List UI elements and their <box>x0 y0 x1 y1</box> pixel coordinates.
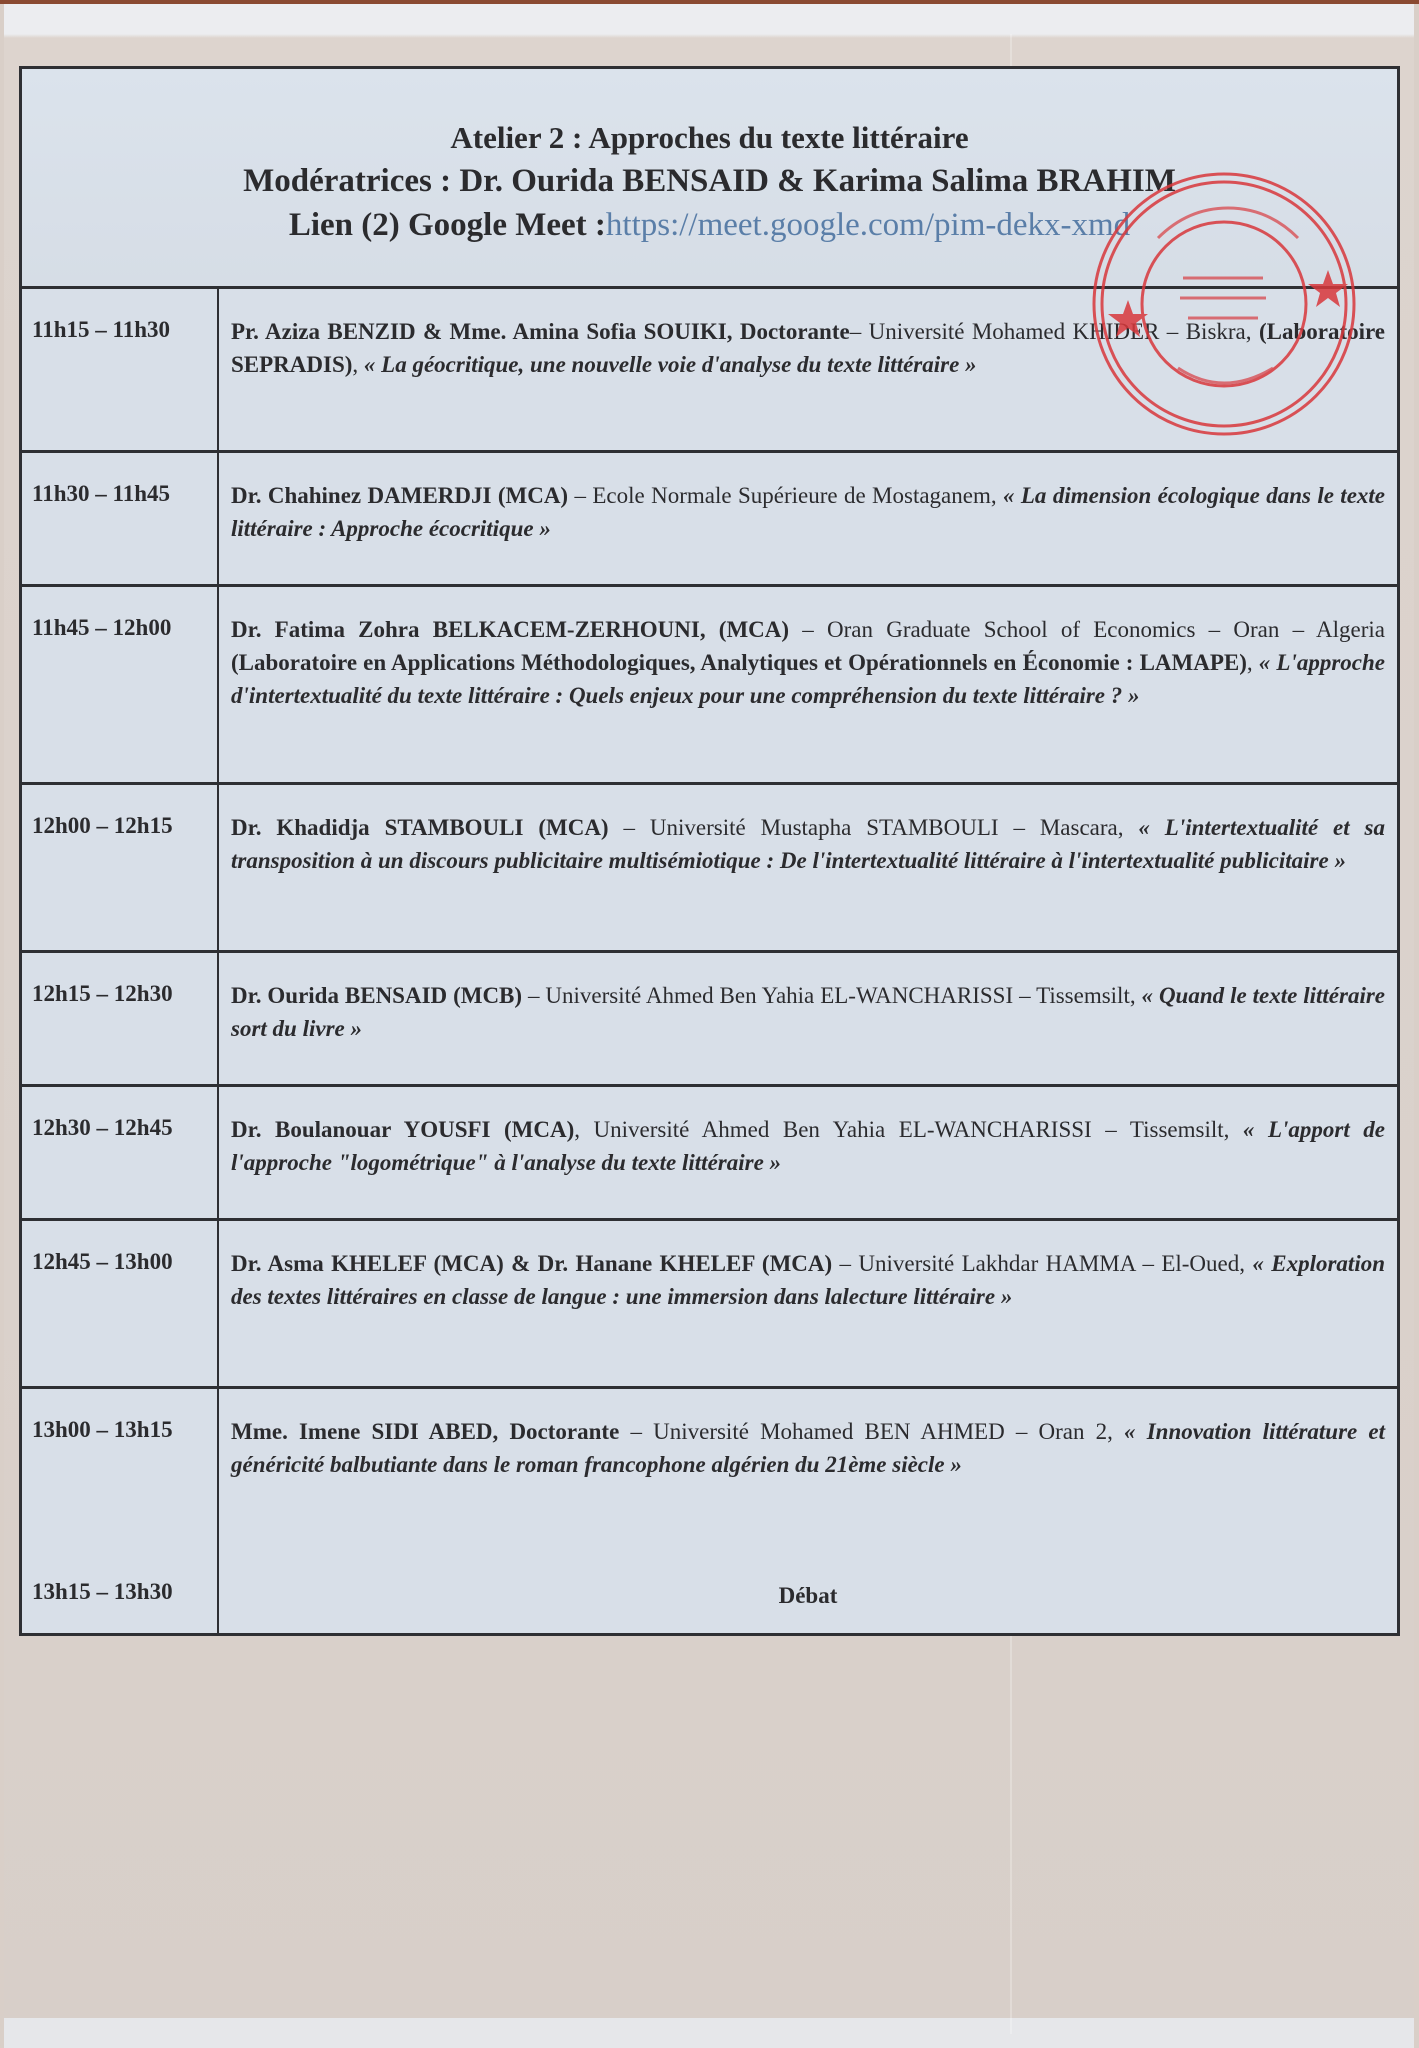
session-details: Mme. Imene SIDI ABED, Doctorante – Unive… <box>219 1389 1397 1557</box>
debate-row: 13h15 – 13h30 Débat <box>22 1557 1397 1633</box>
session-row: 11h45 – 12h00Dr. Fatima Zohra BELKACEM-Z… <box>22 587 1397 785</box>
session-speakers: Pr. Aziza BENZID & Mme. Amina Sofia SOUI… <box>231 319 850 344</box>
session-row: 12h30 – 12h45Dr. Boulanouar YOUSFI (MCA)… <box>22 1087 1397 1221</box>
session-speakers: Mme. Imene SIDI ABED, Doctorante <box>231 1419 619 1444</box>
session-speakers: Dr. Chahinez DAMERDJI (MCA) <box>231 483 568 508</box>
session-talk-title: « La géocritique, une nouvelle voie d'an… <box>364 352 977 377</box>
session-speakers: Dr. Ourida BENSAID (MCB) <box>231 983 522 1008</box>
session-speakers: Dr. Khadidja STAMBOULI (MCA) <box>231 815 609 840</box>
meet-link-label: Lien (2) Google Meet : <box>289 207 606 243</box>
session-separator: , <box>1247 650 1259 675</box>
session-affiliation: , Université Ahmed Ben Yahia EL-WANCHARI… <box>574 1117 1243 1142</box>
paper-bottom-edge <box>4 2018 1414 2048</box>
session-details: Pr. Aziza BENZID & Mme. Amina Sofia SOUI… <box>219 289 1397 450</box>
session-affiliation: – Ecole Normale Supérieure de Mostaganem… <box>568 483 1003 508</box>
session-affiliation: – Oran Graduate School of Economics – Or… <box>789 617 1385 642</box>
session-speakers: Dr. Boulanouar YOUSFI (MCA) <box>231 1117 574 1142</box>
meet-link-line: Lien (2) Google Meet :https://meet.googl… <box>22 203 1397 247</box>
session-separator: , <box>352 352 364 377</box>
session-row: 12h45 – 13h00Dr. Asma KHELEF (MCA) & Dr.… <box>22 1221 1397 1389</box>
session-time: 11h15 – 11h30 <box>22 289 219 450</box>
session-details: Dr. Khadidja STAMBOULI (MCA) – Universit… <box>219 785 1397 950</box>
session-affiliation: – Université Lakhdar HAMMA – El-Oued, <box>832 1251 1252 1276</box>
session-speakers: Dr. Asma KHELEF (MCA) & Dr. Hanane KHELE… <box>231 1251 832 1276</box>
meet-link[interactable]: https://meet.google.com/pim-dekx-xmd <box>606 207 1130 243</box>
session-time: 11h30 – 11h45 <box>22 453 219 584</box>
session-lab: (Laboratoire en Applications Méthodologi… <box>231 650 1247 675</box>
session-time: 11h45 – 12h00 <box>22 587 219 782</box>
session-affiliation: – Université Mohamed KHIDER – Biskra, <box>850 319 1259 344</box>
debate-time: 13h15 – 13h30 <box>22 1557 219 1633</box>
session-affiliation: – Université Mustapha STAMBOULI – Mascar… <box>609 815 1139 840</box>
session-details: Dr. Ourida BENSAID (MCB) – Université Ah… <box>219 953 1397 1084</box>
session-row: 11h15 – 11h30Pr. Aziza BENZID & Mme. Ami… <box>22 289 1397 453</box>
moderators: Modératrices : Dr. Ourida BENSAID & Kari… <box>22 159 1397 203</box>
workshop-header: Atelier 2 : Approches du texte littérair… <box>22 69 1397 289</box>
session-time: 13h00 – 13h15 <box>22 1389 219 1557</box>
debate-label: Débat <box>219 1557 1397 1633</box>
session-row: 12h00 – 12h15Dr. Khadidja STAMBOULI (MCA… <box>22 785 1397 953</box>
workshop-title: Atelier 2 : Approches du texte littérair… <box>22 117 1397 159</box>
session-time: 12h15 – 12h30 <box>22 953 219 1084</box>
session-details: Dr. Chahinez DAMERDJI (MCA) – Ecole Norm… <box>219 453 1397 584</box>
session-details: Dr. Fatima Zohra BELKACEM-ZERHOUNI, (MCA… <box>219 587 1397 782</box>
session-time: 12h45 – 13h00 <box>22 1221 219 1386</box>
session-details: Dr. Asma KHELEF (MCA) & Dr. Hanane KHELE… <box>219 1221 1397 1386</box>
program-table: Atelier 2 : Approches du texte littérair… <box>19 66 1400 1636</box>
session-row: 11h30 – 11h45Dr. Chahinez DAMERDJI (MCA)… <box>22 453 1397 587</box>
session-row: 12h15 – 12h30Dr. Ourida BENSAID (MCB) – … <box>22 953 1397 1087</box>
session-row: 13h00 – 13h15Mme. Imene SIDI ABED, Docto… <box>22 1389 1397 1557</box>
session-affiliation: – Université Mohamed BEN AHMED – Oran 2, <box>619 1419 1124 1444</box>
session-details: Dr. Boulanouar YOUSFI (MCA), Université … <box>219 1087 1397 1218</box>
session-time: 12h30 – 12h45 <box>22 1087 219 1218</box>
session-speakers: Dr. Fatima Zohra BELKACEM-ZERHOUNI, (MCA… <box>231 617 789 642</box>
session-affiliation: – Université Ahmed Ben Yahia EL-WANCHARI… <box>522 983 1141 1008</box>
session-time: 12h00 – 12h15 <box>22 785 219 950</box>
